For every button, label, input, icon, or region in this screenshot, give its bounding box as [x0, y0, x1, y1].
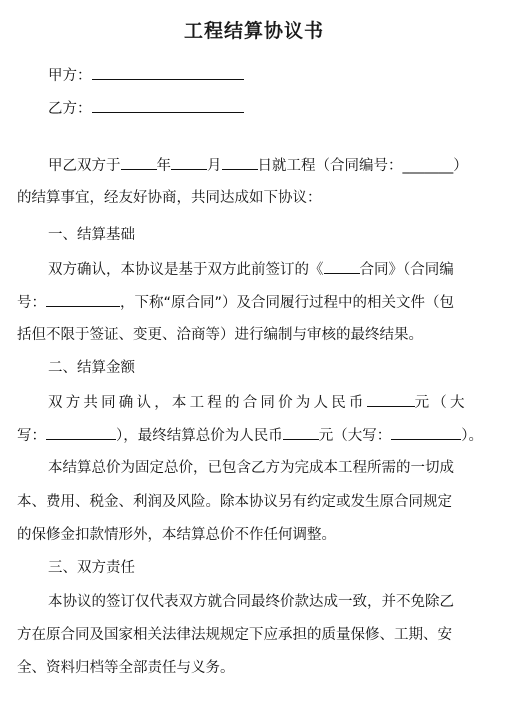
- final-price-blank[interactable]: [283, 425, 319, 440]
- text: ）。: [461, 428, 483, 444]
- section-2-line-5: 的保修金扣款情形外，本结算总价不作任何调整。: [17, 525, 336, 545]
- section-2-line-4: 本、费用、税金、利润及风险。除本协议另有约定或发生原合同规定: [17, 492, 452, 512]
- section-3-heading: 三、双方责任: [48, 558, 135, 578]
- party-a-label: 甲方：: [48, 68, 92, 84]
- section-2-line-2: 写：），最终结算总价为人民币元（大写：）。: [17, 425, 483, 446]
- month-label: 月: [207, 158, 222, 174]
- text: 元（大写：: [319, 428, 392, 444]
- contract-code-blank[interactable]: _______: [403, 158, 454, 174]
- year-blank[interactable]: [121, 155, 157, 170]
- section-2-line-3: 本结算总价为固定总价，已包含乙方为完成本工程所需的一切成: [48, 458, 454, 478]
- intro-line-2: 的结算事宜，经友好协商，共同达成如下协议：: [17, 188, 322, 208]
- intro-text: 甲乙双方于: [48, 158, 121, 174]
- party-b-row: 乙方：: [48, 98, 244, 119]
- text: 双方确认，本协议是基于双方此前签订的《: [48, 262, 324, 278]
- text: 合同》（合同编: [360, 262, 454, 278]
- month-blank[interactable]: [171, 155, 207, 170]
- text: ），最终结算总价为人民币: [116, 428, 283, 444]
- section-3-line-1: 本协议的签订仅代表双方就合同最终价款达成一致，并不免除乙: [48, 592, 454, 612]
- section-1-line-2: 号：，下称“原合同”）及合同履行过程中的相关文件（包: [17, 292, 454, 313]
- party-a-row: 甲方：: [48, 65, 244, 86]
- section-1-heading: 一、结算基础: [48, 225, 135, 245]
- final-price-words-blank[interactable]: [391, 425, 461, 440]
- intro-line-1: 甲乙双方于年月日就工程（合同编号：_______）: [48, 155, 468, 176]
- text: 元（大: [415, 395, 468, 411]
- text: 双方共同确认，本工程的合同价为人民币: [48, 395, 367, 411]
- party-b-blank[interactable]: [92, 98, 244, 113]
- original-contract-code-blank[interactable]: [46, 292, 120, 307]
- text: ，下称“原合同”）及合同履行过程中的相关文件（包: [120, 295, 454, 311]
- section-3-line-2: 方在原合同及国家相关法律法规规定下应承担的质量保修、工期、安: [17, 625, 452, 645]
- contract-price-blank[interactable]: [367, 392, 415, 407]
- document-title: 工程结算协议书: [0, 16, 508, 43]
- day-blank[interactable]: [222, 155, 258, 170]
- text: 号：: [17, 295, 46, 311]
- section-1-line-1: 双方确认，本协议是基于双方此前签订的《合同》（合同编: [48, 259, 454, 280]
- section-1-line-3: 括但不限于签证、变更、洽商等）进行编制与审核的最终结果。: [17, 325, 423, 345]
- section-2-line-1: 双方共同确认，本工程的合同价为人民币元（大: [48, 392, 468, 413]
- section-3-line-3: 全、资料归档等全部责任与义务。: [17, 658, 235, 678]
- contract-price-words-blank[interactable]: [46, 425, 116, 440]
- year-label: 年: [157, 158, 172, 174]
- day-suffix: 日就工程（合同编号：: [258, 158, 403, 174]
- party-a-blank[interactable]: [92, 65, 244, 80]
- party-b-label: 乙方：: [48, 101, 92, 117]
- text: 写：: [17, 428, 46, 444]
- section-2-heading: 二、结算金额: [48, 358, 135, 378]
- contract-name-blank[interactable]: [324, 259, 360, 274]
- paren-close: ）: [453, 158, 468, 174]
